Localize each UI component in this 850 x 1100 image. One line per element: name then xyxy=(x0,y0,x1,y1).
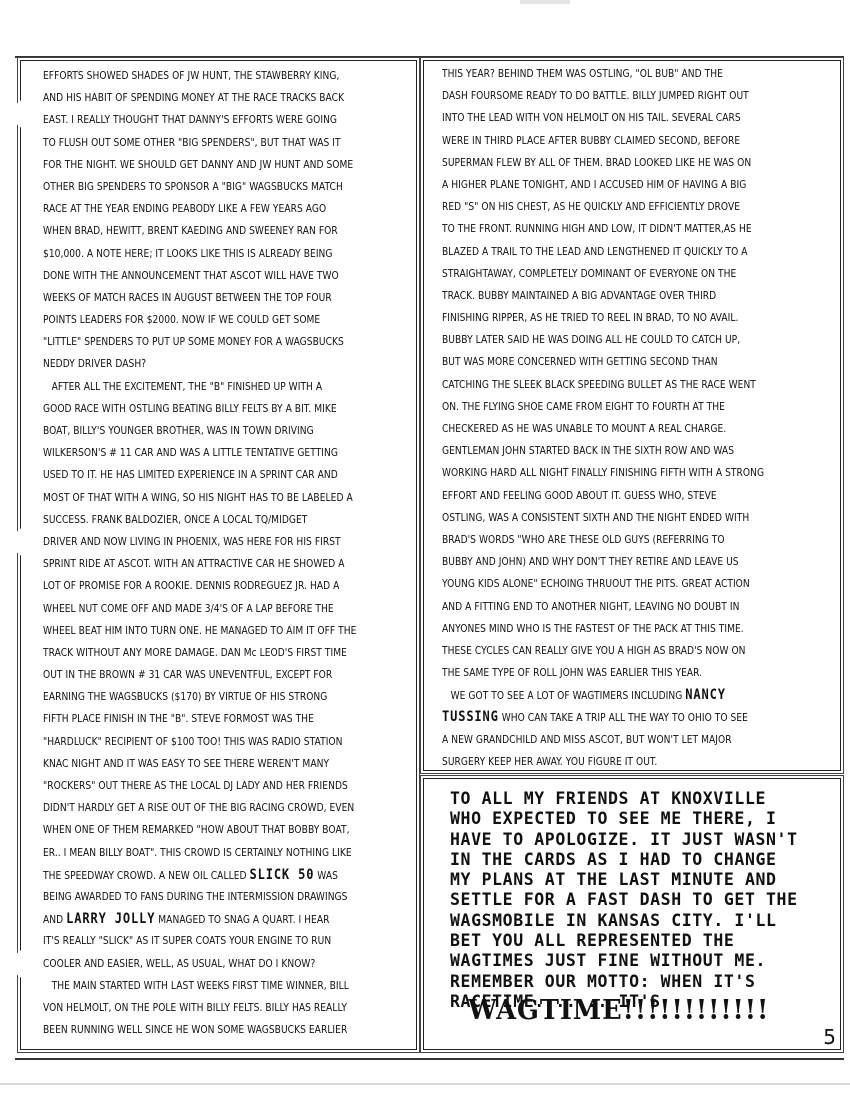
right-column-text: THIS YEAR? BEHIND THEM WAS OSTLING, "OL … xyxy=(442,63,764,773)
notice-line: REMEMBER OUR MOTTO: WHEN IT'S xyxy=(450,972,798,992)
text-fragment: WAS xyxy=(314,870,338,882)
text-line: NEDDY DRIVER DASH? xyxy=(43,353,356,375)
text-line: LOT OF PROMISE FOR A ROOKIE. DENNIS RODR… xyxy=(43,575,356,597)
text-line: FINISHING RIPPER, AS HE TRIED TO REEL IN… xyxy=(442,307,764,329)
notice-line: MY PLANS AT THE LAST MINUTE AND xyxy=(450,870,798,890)
text-line: TRACK. BUBBY MAINTAINED A BIG ADVANTAGE … xyxy=(442,285,764,307)
punch-hole-mark xyxy=(14,950,32,978)
text-line: "LITTLE" SPENDERS TO PUT UP SOME MONEY F… xyxy=(43,331,356,353)
notice-line: WAGSMOBILE IN KANSAS CITY. I'LL xyxy=(450,911,798,931)
text-line: INTO THE LEAD WITH VON HELMOLT ON HIS TA… xyxy=(442,107,764,129)
text-line: EFFORT AND FEELING GOOD ABOUT IT. GUESS … xyxy=(442,485,764,507)
right-column-box: THIS YEAR? BEHIND THEM WAS OSTLING, "OL … xyxy=(423,60,841,771)
text-line: BUT WAS MORE CONCERNED WITH GETTING SECO… xyxy=(442,351,764,373)
text-line: THE MAIN STARTED WITH LAST WEEKS FIRST T… xyxy=(43,975,356,997)
page-number: 5 xyxy=(823,1025,836,1049)
text-line: POINTS LEADERS FOR $2000. NOW IF WE COUL… xyxy=(43,309,356,331)
text-fragment: THE SPEEDWAY CROWD. A NEW OIL CALLED xyxy=(43,870,249,882)
text-line: GOOD RACE WITH OSTLING BEATING BILLY FEL… xyxy=(43,398,356,420)
scan-artifact xyxy=(520,0,570,4)
text-line: SURGERY KEEP HER AWAY. YOU FIGURE IT OUT… xyxy=(442,751,764,773)
text-line: WHEEL BEAT HIM INTO TURN ONE. HE MANAGED… xyxy=(43,620,356,642)
text-line: BRAD'S WORDS "WHO ARE THESE OLD GUYS (RE… xyxy=(442,529,764,551)
notice-text: TO ALL MY FRIENDS AT KNOXVILLE WHO EXPEC… xyxy=(450,789,798,1012)
notice-box: TO ALL MY FRIENDS AT KNOXVILLE WHO EXPEC… xyxy=(423,778,841,1050)
text-line: AND HIS HABIT OF SPENDING MONEY AT THE R… xyxy=(43,87,356,109)
text-line: BUBBY AND JOHN) AND WHY DON'T THEY RETIR… xyxy=(442,551,764,573)
text-line: OUT IN THE BROWN # 31 CAR WAS UNEVENTFUL… xyxy=(43,664,356,686)
text-line: TRACK WITHOUT ANY MORE DAMAGE. DAN Mc LE… xyxy=(43,642,356,664)
text-line: FIFTH PLACE FINISH IN THE "B". STEVE FOR… xyxy=(43,708,356,730)
punch-hole-mark xyxy=(14,528,32,556)
text-line: ANYONES MIND WHO IS THE FASTEST OF THE P… xyxy=(442,618,764,640)
text-line: WILKERSON'S # 11 CAR AND WAS A LITTLE TE… xyxy=(43,442,356,464)
text-line-slick: THE SPEEDWAY CROWD. A NEW OIL CALLED SLI… xyxy=(43,864,356,886)
text-line: DONE WITH THE ANNOUNCEMENT THAT ASCOT WI… xyxy=(43,265,356,287)
text-line: YOUNG KIDS ALONE" ECHOING THRUOUT THE PI… xyxy=(442,573,764,595)
text-line: CHECKERED AS HE WAS UNABLE TO MOUNT A RE… xyxy=(442,418,764,440)
text-line: BUBBY LATER SAID HE WAS DOING ALL HE COU… xyxy=(442,329,764,351)
person-name-tussing: TUSSING xyxy=(442,709,499,725)
text-line: A HIGHER PLANE TONIGHT, AND I ACCUSED HI… xyxy=(442,174,764,196)
notice-line: HAVE TO APOLOGIZE. IT JUST WASN'T xyxy=(450,830,798,850)
wagtime-headline: WAGTIME!!!!!!!!!!!! xyxy=(468,995,769,1026)
left-column-text: EFFORTS SHOWED SHADES OF JW HUNT, THE ST… xyxy=(43,65,356,1041)
notice-line: TO ALL MY FRIENDS AT KNOXVILLE xyxy=(450,789,798,809)
text-line: $10,000. A NOTE HERE; IT LOOKS LIKE THIS… xyxy=(43,243,356,265)
text-line: MOST OF THAT WITH A WING, SO HIS NIGHT H… xyxy=(43,487,356,509)
text-line: THESE CYCLES CAN REALLY GIVE YOU A HIGH … xyxy=(442,640,764,662)
text-line: ER.. I MEAN BILLY BOAT". THIS CROWD IS C… xyxy=(43,842,356,864)
text-line: EFFORTS SHOWED SHADES OF JW HUNT, THE ST… xyxy=(43,65,356,87)
text-line: GENTLEMAN JOHN STARTED BACK IN THE SIXTH… xyxy=(442,440,764,462)
text-line: TO FLUSH OUT SOME OTHER "BIG SPENDERS", … xyxy=(43,132,356,154)
text-line: IT'S REALLY "SLICK" AS IT SUPER COATS YO… xyxy=(43,930,356,952)
text-line: SUPERMAN FLEW BY ALL OF THEM. BRAD LOOKE… xyxy=(442,152,764,174)
text-line: BLAZED A TRAIL TO THE LEAD AND LENGTHENE… xyxy=(442,241,764,263)
text-line-nancy: WE GOT TO SEE A LOT OF WAGTIMERS INCLUDI… xyxy=(442,684,764,706)
text-line: ON. THE FLYING SHOE CAME FROM EIGHT TO F… xyxy=(442,396,764,418)
text-line: TO THE FRONT. RUNNING HIGH AND LOW, IT D… xyxy=(442,218,764,240)
text-line: CATCHING THE SLEEK BLACK SPEEDING BULLET… xyxy=(442,374,764,396)
person-name-larry-jolly: LARRY JOLLY xyxy=(66,911,155,927)
text-line: RACE AT THE YEAR ENDING PEABODY LIKE A F… xyxy=(43,198,356,220)
text-line: DASH FOURSOME READY TO DO BATTLE. BILLY … xyxy=(442,85,764,107)
notice-line: BET YOU ALL REPRESENTED THE xyxy=(450,931,798,951)
text-fragment: WE GOT TO SEE A LOT OF WAGTIMERS INCLUDI… xyxy=(451,690,686,702)
text-line: OTHER BIG SPENDERS TO SPONSOR A "BIG" WA… xyxy=(43,176,356,198)
text-line: THE SAME TYPE OF ROLL JOHN WAS EARLIER T… xyxy=(442,662,764,684)
text-line: SUCCESS. FRANK BALDOZIER, ONCE A LOCAL T… xyxy=(43,509,356,531)
text-line: OSTLING, WAS A CONSISTENT SIXTH AND THE … xyxy=(442,507,764,529)
text-line: DRIVER AND NOW LIVING IN PHOENIX, WAS HE… xyxy=(43,531,356,553)
notice-line: WAGTIMES JUST FINE WITHOUT ME. xyxy=(450,951,798,971)
text-line: DIDN'T HARDLY GET A RISE OUT OF THE BIG … xyxy=(43,797,356,819)
person-name-nancy: NANCY xyxy=(685,687,726,703)
text-line: STRAIGHTAWAY, COMPLETELY DOMINANT OF EVE… xyxy=(442,263,764,285)
text-line: "ROCKERS" OUT THERE AS THE LOCAL DJ LADY… xyxy=(43,775,356,797)
text-line: WHEEL NUT COME OFF AND MADE 3/4'S OF A L… xyxy=(43,598,356,620)
text-line: BOAT, BILLY'S YOUNGER BROTHER, WAS IN TO… xyxy=(43,420,356,442)
text-line: VON HELMOLT, ON THE POLE WITH BILLY FELT… xyxy=(43,997,356,1019)
text-line: WEEKS OF MATCH RACES IN AUGUST BETWEEN T… xyxy=(43,287,356,309)
text-line: "HARDLUCK" RECIPIENT OF $100 TOO! THIS W… xyxy=(43,731,356,753)
text-line: FOR THE NIGHT. WE SHOULD GET DANNY AND J… xyxy=(43,154,356,176)
text-line: SPRINT RIDE AT ASCOT. WITH AN ATTRACTIVE… xyxy=(43,553,356,575)
text-line: USED TO IT. HE HAS LIMITED EXPERIENCE IN… xyxy=(43,464,356,486)
notice-line: WHO EXPECTED TO SEE ME THERE, I xyxy=(450,809,798,829)
text-line: A NEW GRANDCHILD AND MISS ASCOT, BUT WON… xyxy=(442,729,764,751)
text-line: EAST. I REALLY THOUGHT THAT DANNY'S EFFO… xyxy=(43,109,356,131)
text-line: KNAC NIGHT AND IT WAS EASY TO SEE THERE … xyxy=(43,753,356,775)
text-line: WORKING HARD ALL NIGHT FINALLY FINISHING… xyxy=(442,462,764,484)
text-fragment: WHO CAN TAKE A TRIP ALL THE WAY TO OHIO … xyxy=(499,712,748,724)
text-line: EARNING THE WAGSBUCKS ($170) BY VIRTUE O… xyxy=(43,686,356,708)
text-fragment: AND xyxy=(43,914,66,926)
punch-hole-mark xyxy=(14,100,32,128)
text-line: BEEN RUNNING WELL SINCE HE WON SOME WAGS… xyxy=(43,1019,356,1041)
text-line: THIS YEAR? BEHIND THEM WAS OSTLING, "OL … xyxy=(442,63,764,85)
text-line: COOLER AND EASIER, WELL, AS USUAL, WHAT … xyxy=(43,953,356,975)
text-line: WHEN ONE OF THEM REMARKED "HOW ABOUT THA… xyxy=(43,819,356,841)
text-line-larry: AND LARRY JOLLY MANAGED TO SNAG A QUART.… xyxy=(43,908,356,930)
notice-line: IN THE CARDS AS I HAD TO CHANGE xyxy=(450,850,798,870)
text-line: AFTER ALL THE EXCITEMENT, THE "B" FINISH… xyxy=(43,376,356,398)
text-line: WHEN BRAD, HEWITT, BRENT KAEDING AND SWE… xyxy=(43,220,356,242)
text-line: BEING AWARDED TO FANS DURING THE INTERMI… xyxy=(43,886,356,908)
left-column-box: EFFORTS SHOWED SHADES OF JW HUNT, THE ST… xyxy=(20,60,417,1050)
notice-line: SETTLE FOR A FAST DASH TO GET THE xyxy=(450,890,798,910)
text-fragment: MANAGED TO SNAG A QUART. I HEAR xyxy=(155,914,329,926)
product-name-slick-50: SLICK 50 xyxy=(249,867,314,883)
text-line-tussing: TUSSING WHO CAN TAKE A TRIP ALL THE WAY … xyxy=(442,706,764,728)
text-line: RED "S" ON HIS CHEST, AS HE QUICKLY AND … xyxy=(442,196,764,218)
text-line: WERE IN THIRD PLACE AFTER BUBBY CLAIMED … xyxy=(442,130,764,152)
text-line: AND A FITTING END TO ANOTHER NIGHT, LEAV… xyxy=(442,596,764,618)
scan-artifact-line xyxy=(0,1083,850,1085)
